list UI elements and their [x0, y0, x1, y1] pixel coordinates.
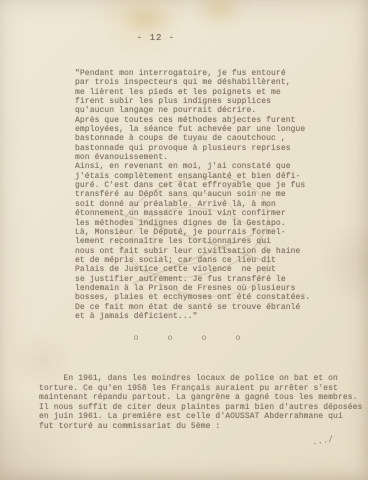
page-number: - 12 -	[0, 33, 312, 43]
text-line: bastonnade à coups de tuyau de caoutchou…	[75, 134, 325, 143]
text-line: bastonnade qui provoque à plusieurs repr…	[75, 144, 325, 153]
text-line: torture. Ce qu'en 1958 les Français aura…	[39, 384, 359, 394]
paper-stain	[118, 2, 176, 36]
text-line: se justifier autrement. Je fus transféré…	[75, 275, 325, 284]
body-paragraph: En 1961, dans les moindres locaux de pol…	[39, 374, 359, 432]
text-line: "Pendant mon interrogatoire, je fus ento…	[75, 69, 325, 78]
text-line: Après que toutes ces méthodes abjectes f…	[75, 116, 325, 125]
text-line: bosses, plaies et ecchymoses ont été con…	[75, 293, 325, 302]
text-line: Palais de Justice cette violence ne peut	[75, 265, 325, 274]
text-line: transféré au Dépôt sans qu'aucun soin ne…	[75, 190, 325, 199]
text-line: En 1961, dans les moindres locaux de pol…	[39, 374, 359, 384]
paper-stain	[196, 0, 242, 24]
text-line: qu'aucun langage ne pourrait décrire.	[75, 106, 325, 115]
text-line: Il nous suffit de citer deux plaintes pa…	[39, 403, 359, 413]
text-line: firent subir les plus indignes supplices	[75, 97, 325, 106]
text-line: par trois inspecteurs qui me déshabillèr…	[75, 78, 325, 87]
text-line: les méthodes indignes dignes de la Gesta…	[75, 219, 325, 228]
text-line: lement reconnaître les tortionnaires qui	[75, 237, 325, 246]
text-line: Là, Monsieur le Député, je pourrais form…	[75, 228, 325, 237]
text-line: nous ont fait subir leur civilisation de…	[75, 247, 325, 256]
text-line: maintenant répandu partout. La gangrène …	[39, 393, 359, 403]
section-separator: o o o o	[0, 334, 368, 343]
scanned-document-page: - 12 - "Pendant mon interrogatoire, je f…	[0, 0, 368, 480]
text-line: employées, la séance fut achevée par une…	[75, 125, 325, 134]
text-line: mon évanouissement.	[75, 153, 325, 162]
continuation-mark: .../	[311, 435, 334, 448]
text-line: lendemain à la Prison de Fresnes où plus…	[75, 284, 325, 293]
text-line: et à jamais déficient..."	[75, 312, 325, 321]
text-line: De ce fait mon état de santé se trouve é…	[75, 303, 325, 312]
text-line: me lièrent les pieds et les poignets et …	[75, 88, 325, 97]
text-line: en juin 1961. La première est celle d'AO…	[39, 412, 359, 422]
text-line: soit donné au préalable. Arrivé là, à mo…	[75, 200, 325, 209]
quoted-testimony-paragraph: "Pendant mon interrogatoire, je fus ento…	[75, 69, 325, 321]
text-line: fut torturé au commissariat du 5ème :	[39, 422, 359, 432]
text-line: et de mépris social; car dans ce lieu di…	[75, 256, 325, 265]
text-line: Ainsi, en revenant en moi, j'ai constaté…	[75, 162, 325, 171]
text-line: guré. C'est dans cet état effroyable que…	[75, 181, 325, 190]
text-line: j'étais complètement ensanglanté et bien…	[75, 172, 325, 181]
text-line: étonnement un massacre inouï vint confir…	[75, 209, 325, 218]
